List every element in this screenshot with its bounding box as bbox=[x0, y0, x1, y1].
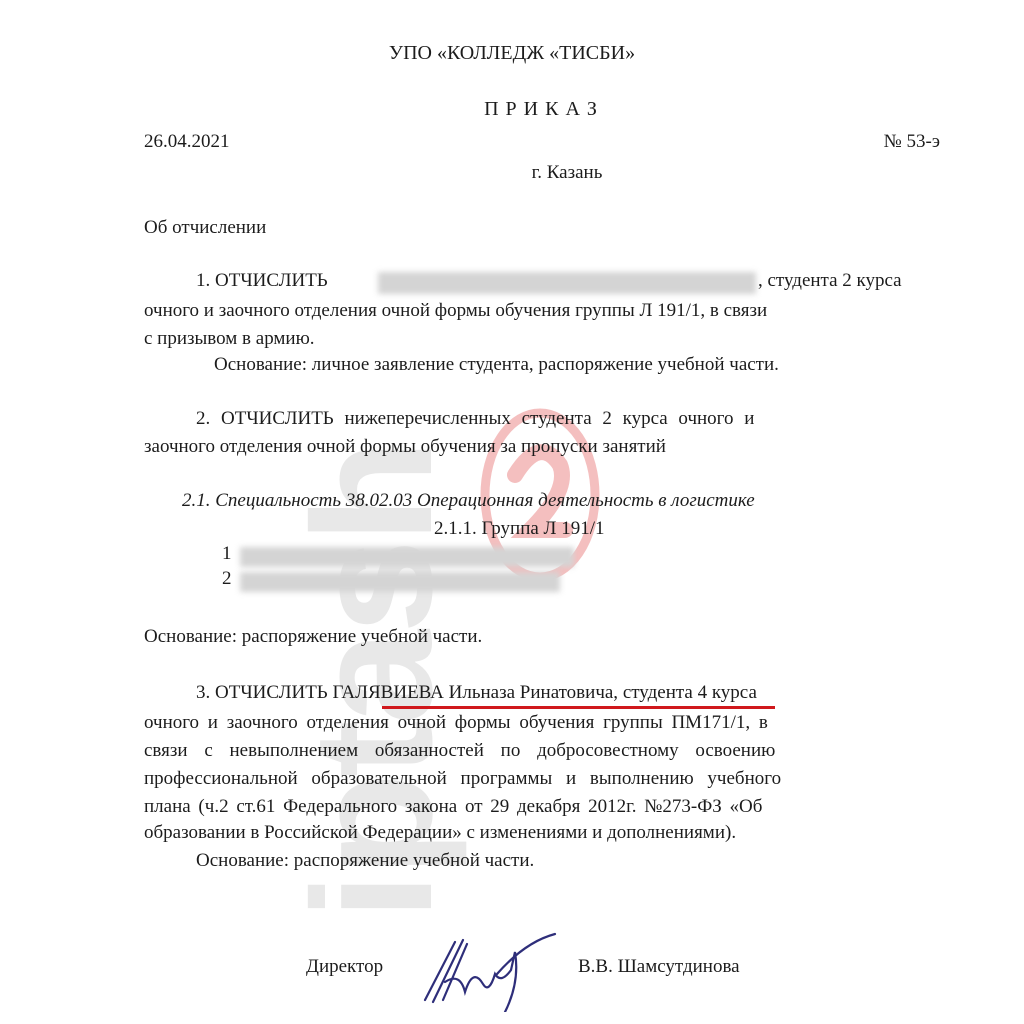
item2-line2: заочного отделения очной формы обучения … bbox=[144, 436, 666, 458]
item3-line3: связи с невыполнением обязанностей по до… bbox=[144, 740, 775, 762]
order-subject: Об отчислении bbox=[144, 217, 266, 239]
document-type: П Р И К А З bbox=[0, 98, 1024, 121]
item3-line2: очного и заочного отделения очной формы … bbox=[144, 712, 768, 734]
order-city: г. Казань bbox=[0, 162, 1024, 184]
item3-basis: Основание: распоряжение учебной части. bbox=[196, 850, 534, 872]
organization-name: УПО «КОЛЛЕДЖ «ТИСБИ» bbox=[0, 42, 1024, 65]
item3-line1: 3. ОТЧИСЛИТЬ ГАЛЯВИЕВА Ильназа Ринатович… bbox=[196, 682, 757, 704]
item3-line6: образовании в Российской Федерации» с из… bbox=[144, 822, 736, 844]
student-list-number: 1 bbox=[222, 543, 232, 565]
item2-group: 2.1.1. Группа Л 191/1 bbox=[434, 518, 604, 540]
item1-basis: Основание: личное заявление студента, ра… bbox=[214, 354, 779, 376]
redacted-student-name bbox=[378, 272, 756, 294]
student-list-number: 2 bbox=[222, 568, 232, 590]
item2-basis: Основание: распоряжение учебной части. bbox=[144, 626, 482, 648]
item1-tail: , студента 2 курса bbox=[758, 270, 902, 292]
redacted-student-name bbox=[240, 572, 560, 592]
item3-line5: плана (ч.2 ст.61 Федерального закона от … bbox=[144, 796, 762, 818]
item3-line4: профессиональной образовательной програм… bbox=[144, 768, 781, 790]
order-number: № 53-э bbox=[884, 131, 940, 153]
name-underline bbox=[382, 706, 775, 709]
item2-line1: 2. ОТЧИСЛИТЬ нижеперечисленных студента … bbox=[196, 408, 754, 430]
signature-icon bbox=[415, 922, 565, 1012]
item1-lead: 1. ОТЧИСЛИТЬ bbox=[196, 270, 328, 292]
item3-lead: 3. ОТЧИСЛИТЬ bbox=[196, 682, 332, 703]
order-date: 26.04.2021 bbox=[144, 131, 230, 153]
signatory-name: В.В. Шамсутдинова bbox=[578, 956, 740, 978]
signatory-title: Директор bbox=[306, 956, 383, 978]
item1-line3: с призывом в армию. bbox=[144, 328, 315, 350]
redacted-student-name bbox=[240, 547, 574, 567]
item3-tail: студента 4 курса bbox=[618, 682, 757, 703]
item2-specialty: 2.1. Специальность 38.02.03 Операционная… bbox=[182, 490, 755, 512]
item1-line2: очного и заочного отделения очной формы … bbox=[144, 300, 767, 322]
expelled-student-name: ГАЛЯВИЕВА Ильназа Ринатовича, bbox=[332, 682, 618, 703]
